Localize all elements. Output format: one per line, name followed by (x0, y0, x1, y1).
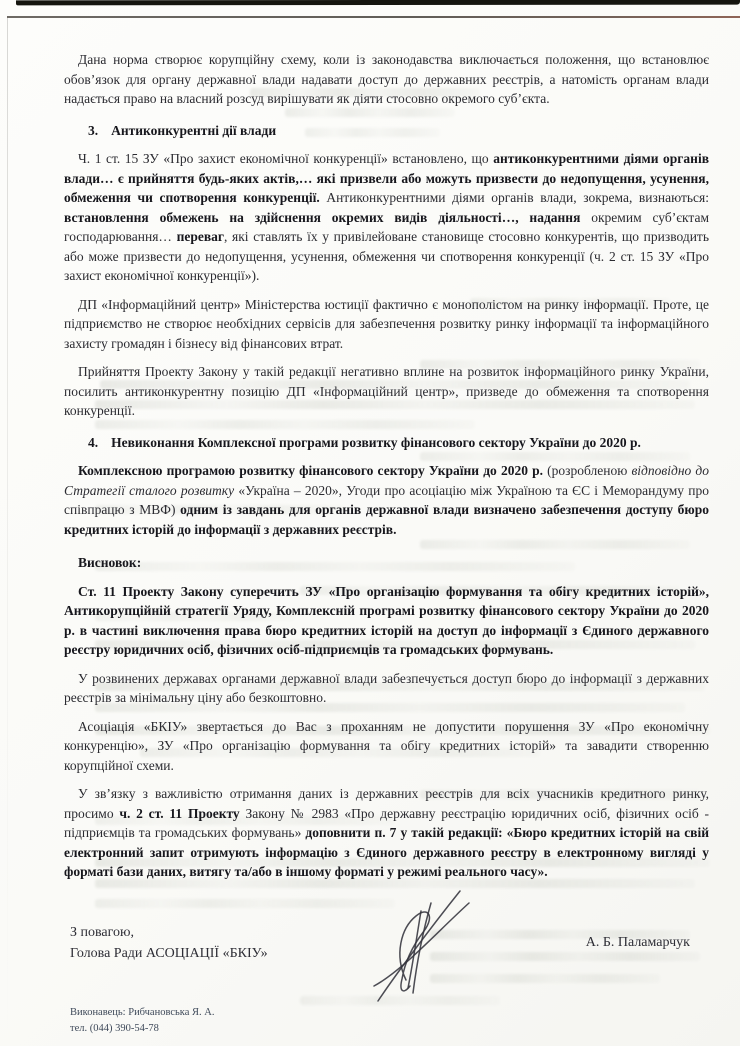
section-heading: 3.Антиконкурентні дії влади (64, 121, 709, 141)
section-heading: Висновок: (64, 553, 709, 573)
paragraph: Дана норма створює корупційну схему, кол… (64, 50, 709, 109)
text-run: ДП «Інформаційний центр» Міністерства юс… (64, 297, 709, 351)
text-run: У розвинених державах органами державної… (64, 671, 709, 706)
bleed-through-artifact (95, 899, 395, 908)
text-run: Прийняття Проекту Закону у такій редакці… (64, 364, 709, 418)
text-run: ч. 2 ст. 11 Проекту (119, 806, 245, 821)
signer-title: Голова Ради АСОЦІАЦІЇ «БКІУ» (70, 943, 268, 964)
letter-body: Дана норма створює корупційну схему, кол… (64, 50, 709, 891)
closing-salutation: З повагою, (70, 922, 268, 943)
text-run: Антиконкурентними діями органів влади, з… (320, 190, 709, 205)
executor-name: Виконавець: Рибчановська Я. А. (70, 1005, 214, 1021)
section-heading: 4.Невиконання Комплексної програми розви… (64, 433, 709, 453)
text-run: переваг (177, 229, 224, 244)
scan-edge-artifact (16, 0, 740, 5)
text-run: Невиконання Комплексної програми розвитк… (111, 435, 641, 450)
text-run: Висновок: (78, 555, 141, 570)
paragraph: У зв’язку з важливістю отримання даних і… (64, 784, 709, 882)
text-run: Асоціація «БКІУ» звертається до Вас з пр… (64, 719, 709, 773)
signer-name: А. Б. Паламарчук (586, 935, 690, 951)
paragraph: Ст. 11 Проекту Закону суперечить ЗУ «Про… (64, 582, 709, 660)
handwritten-signature (372, 883, 472, 1008)
text-run: Антиконкурентні дії влади (111, 123, 276, 138)
paragraph: У розвинених державах органами державної… (64, 669, 709, 708)
text-run: Комплексною програмою розвитку фінансово… (78, 463, 547, 478)
paragraph: ДП «Інформаційний центр» Міністерства юс… (64, 295, 709, 354)
text-run: Ст. 11 Проекту Закону суперечить ЗУ «Про… (64, 584, 709, 658)
text-run: (розробленою (547, 463, 631, 478)
paragraph: Асоціація «БКІУ» звертається до Вас з пр… (64, 717, 709, 776)
paragraph: Прийняття Проекту Закону у такій редакці… (64, 362, 709, 421)
text-run: встановлення обмежень на здійснення окре… (64, 210, 591, 225)
heading-number: 4. (88, 435, 98, 450)
heading-number: 3. (88, 123, 98, 138)
executor-note: Виконавець: Рибчановська Я. А. тел. (044… (70, 1005, 214, 1037)
paper-left-edge (7, 16, 8, 1046)
top-rule-line (7, 16, 740, 18)
executor-phone: тел. (044) 390-54-78 (70, 1021, 214, 1037)
text-run: Ч. 1 ст. 15 ЗУ «Про захист економічної к… (78, 151, 493, 166)
scanned-letter-page: Дана норма створює корупційну схему, кол… (0, 0, 740, 1046)
paragraph: Комплексною програмою розвитку фінансово… (64, 461, 709, 539)
paragraph: Ч. 1 ст. 15 ЗУ «Про захист економічної к… (64, 149, 709, 286)
text-run: Дана норма створює корупційну схему, кол… (64, 52, 709, 106)
